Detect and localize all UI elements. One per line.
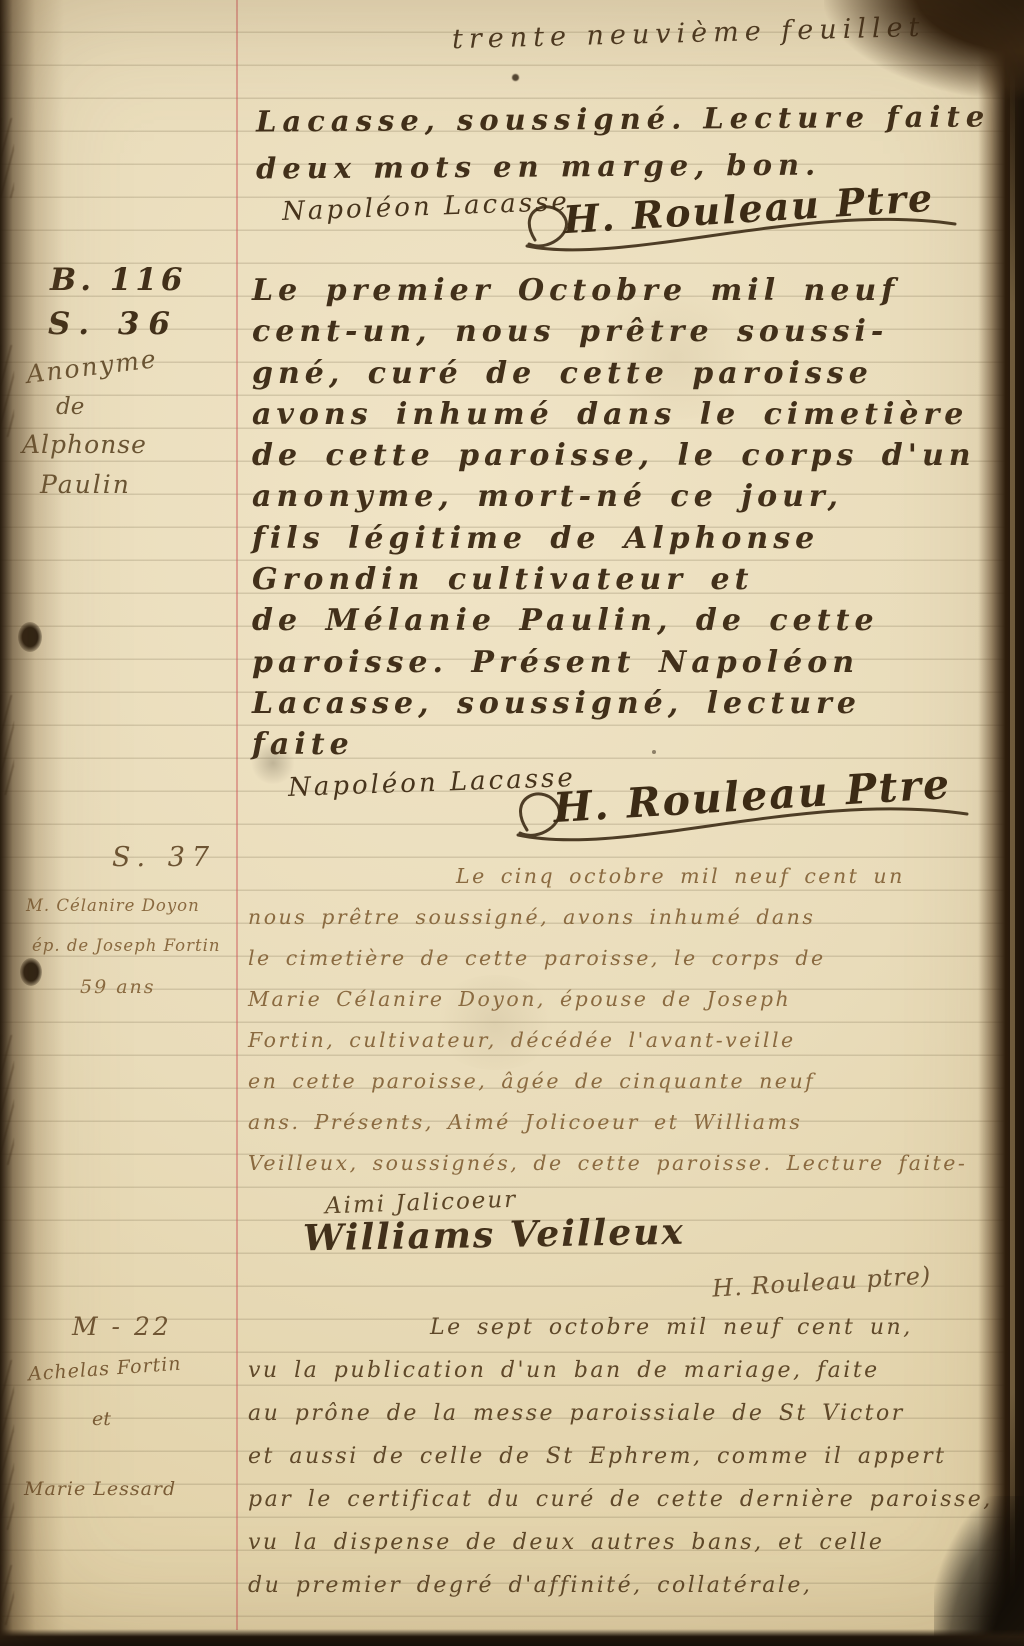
next-page-edge bbox=[1010, 70, 1015, 1626]
margin-note: M - 22 bbox=[72, 1312, 172, 1341]
record-line: par le certificat du curé de cette derni… bbox=[248, 1478, 980, 1521]
corner-shadow bbox=[824, 0, 1024, 100]
margin-note: 59 ans bbox=[80, 976, 156, 998]
margin-note: et bbox=[92, 1408, 111, 1430]
entry-burial-37: Le cinq octobre mil neuf cent un nous pr… bbox=[248, 856, 980, 1184]
record-line: de cette paroisse, le corps d'un bbox=[252, 435, 976, 476]
record-line: au prône de la messe paroissiale de St V… bbox=[248, 1392, 980, 1435]
margin-rule-line bbox=[236, 0, 238, 1630]
witness-signature: Williams Veilleux bbox=[303, 1211, 686, 1260]
ink-speck bbox=[512, 74, 519, 81]
record-line: fils légitime de Alphonse bbox=[252, 518, 976, 559]
record-line: du premier degré d'affinité, collatérale… bbox=[248, 1564, 980, 1607]
record-line: Lacasse, soussigné, lecture bbox=[252, 683, 976, 724]
record-line: faite bbox=[252, 724, 976, 765]
record-line: Grondin cultivateur et bbox=[252, 559, 976, 600]
record-line: et aussi de celle de St Ephrem, comme il… bbox=[248, 1435, 980, 1478]
margin-note: B. 116 bbox=[50, 262, 187, 298]
record-line: paroisse. Présent Napoléon bbox=[252, 642, 976, 683]
record-line: Veilleux, soussignés, de cette paroisse.… bbox=[248, 1143, 980, 1184]
margin-note: S. 36 bbox=[48, 306, 179, 342]
scan-edge bbox=[0, 1629, 1024, 1646]
record-line: vu la dispense de deux autres bans, et c… bbox=[248, 1521, 980, 1564]
record-line: cent-un, nous prêtre soussi- bbox=[252, 311, 976, 352]
record-line: nous prêtre soussigné, avons inhumé dans bbox=[248, 897, 980, 938]
record-line: avons inhumé dans le cimetière bbox=[252, 394, 976, 435]
record-line: Le cinq octobre mil neuf cent un bbox=[248, 856, 980, 897]
entry-previous-act: Lacasse, soussigné. Lecture faite deux m… bbox=[256, 96, 980, 190]
record-line: en cette paroisse, âgée de cinquante neu… bbox=[248, 1061, 980, 1102]
binding-shadow bbox=[0, 0, 64, 1646]
record-line: Le premier Octobre mil neuf bbox=[252, 270, 976, 311]
record-line: ans. Présents, Aimé Jolicoeur et William… bbox=[248, 1102, 980, 1143]
record-line: gné, curé de cette paroisse bbox=[252, 353, 976, 394]
record-line: vu la publication d'un ban de mariage, f… bbox=[248, 1349, 980, 1392]
record-line: Fortin, cultivateur, décédée l'avant-vei… bbox=[248, 1020, 980, 1061]
record-line: Le sept octobre mil neuf cent un, bbox=[248, 1306, 980, 1349]
page-edge-shadow bbox=[978, 0, 1024, 1646]
record-line: Lacasse, soussigné. Lecture faite bbox=[256, 93, 980, 145]
register-page: trente neuvième feuillet Lacasse, soussi… bbox=[0, 0, 1024, 1646]
priest-signature: H. Rouleau Ptre bbox=[495, 772, 975, 857]
priest-signature: H. Rouleau Ptre bbox=[505, 186, 965, 266]
entry-marriage-22: Le sept octobre mil neuf cent un, vu la … bbox=[248, 1306, 980, 1607]
record-line: le cimetière de cette paroisse, le corps… bbox=[248, 938, 980, 979]
record-line: anonyme, mort-né ce jour, bbox=[252, 476, 976, 517]
margin-note: S. 37 bbox=[112, 842, 216, 873]
record-line: Marie Célanire Doyon, épouse de Joseph bbox=[248, 979, 980, 1020]
record-line: de Mélanie Paulin, de cette bbox=[252, 600, 976, 641]
corner-shadow bbox=[934, 1496, 1024, 1646]
entry-burial-36: Le premier Octobre mil neuf cent-un, nou… bbox=[252, 270, 976, 766]
